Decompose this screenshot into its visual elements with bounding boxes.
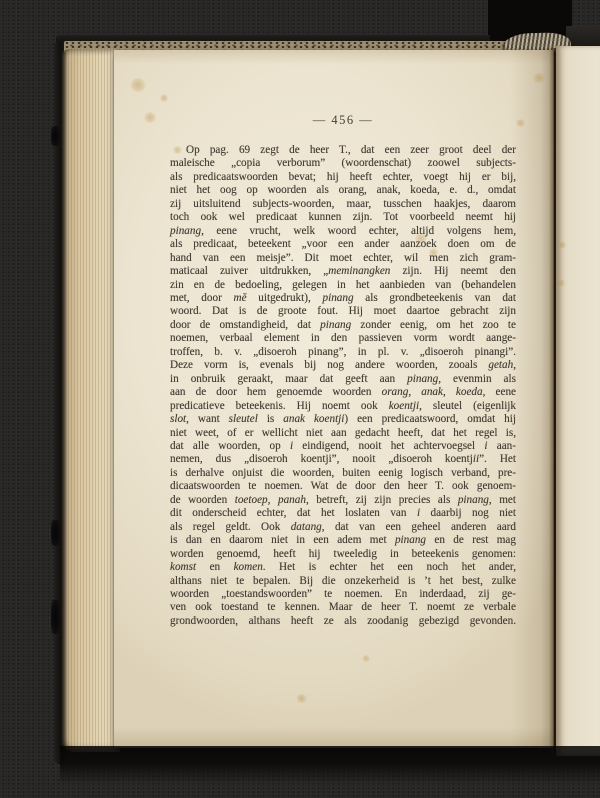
- text-line: predicatieve beteekenis. Hij noemt ook k…: [170, 400, 516, 413]
- text-line: niet weet, of er wellicht niet aan gedac…: [170, 427, 516, 440]
- page-number: — 456 —: [170, 113, 516, 128]
- italic-term: mĕ: [234, 292, 247, 304]
- italic-term: getah: [488, 359, 513, 371]
- text-line: is derhalve onjuist die woorden, buiten …: [170, 467, 516, 480]
- italic-term: sleutel: [229, 413, 258, 425]
- italic-term: pinang: [395, 534, 426, 546]
- foxing-spot: [557, 279, 565, 287]
- page-stack-fore-edge: [62, 49, 120, 752]
- foxing-spot: [516, 119, 525, 127]
- cover-wear-mark: [51, 600, 60, 634]
- text-segment: met, door: [170, 292, 234, 304]
- page-bottom-shadow: [60, 746, 600, 784]
- text-line: woorden „toestandswoorden” te noemen. En…: [170, 588, 516, 601]
- text-segment: , sleutel (eigenlijk: [419, 400, 516, 412]
- italic-term: koeda: [456, 386, 483, 398]
- text-segment: niet het oog op woorden als orang, anak,…: [170, 184, 516, 196]
- text-segment: uitgedrukt),: [247, 292, 323, 304]
- text-segment: woord. Dat is de groote fout. Hij moet d…: [170, 305, 516, 317]
- italic-term: datang: [291, 521, 322, 533]
- text-segment: ”. Het: [479, 453, 516, 465]
- text-segment: als grondbeteekenis van dat: [354, 292, 516, 304]
- text-segment: woorden „toestandswoorden” te noemen. En…: [170, 588, 516, 600]
- text-segment: , met: [489, 494, 516, 506]
- facing-page-edge: [556, 46, 600, 756]
- text-line: althans niet te bepalen. Bij die onzeker…: [170, 575, 516, 588]
- text-segment: zij uitsluitend subjects-woorden, maar, …: [170, 198, 516, 210]
- text-segment: , dat van een geheel anderen aard: [322, 521, 516, 533]
- text-line: zin en de bedoeling, gelegen in het aanb…: [170, 279, 516, 292]
- italic-term: pinang: [170, 225, 201, 237]
- text-line: dat alle woorden, op i eindigend, nooit …: [170, 440, 516, 453]
- text-line: als regel geldt. Ook datang, dat van een…: [170, 521, 516, 534]
- text-line: zij uitsluitend subjects-woorden, maar, …: [170, 198, 516, 211]
- text-line: aan de door hem genoemde woorden orang, …: [170, 386, 516, 399]
- italic-term: toetoep: [235, 494, 268, 506]
- text-line: maleische „copia verborum” (woordenschat…: [170, 157, 516, 170]
- text-segment: ,: [443, 386, 456, 398]
- text-line: de woorden toetoep, panah, betreft, zij …: [170, 494, 516, 507]
- text-segment: ,: [268, 494, 278, 506]
- text-segment: daarbij nog niet: [420, 507, 516, 519]
- foxing-spot: [362, 655, 370, 662]
- foxing-spot: [130, 78, 146, 92]
- text-segment: worden genoemd, heeft hij tweeledig in b…: [170, 548, 516, 560]
- text-segment: aan-: [488, 440, 517, 452]
- text-line: als predicaat, beteekent „voor een ander…: [170, 238, 516, 251]
- foxing-spot: [296, 694, 307, 703]
- foxing-spot: [533, 73, 545, 83]
- text-segment: in onbruik geraakt, maar dat geeft aan: [170, 373, 407, 385]
- text-segment: troffen, b. v. „disoeroh pinang”, in pl.…: [170, 346, 516, 358]
- text-segment: door de omstandigheid, dat: [170, 319, 320, 331]
- text-line: slot, want sleutel is anak koentji) een …: [170, 413, 516, 426]
- italic-term: slot: [170, 413, 186, 425]
- text-segment: is dan en daarom niet in een adem met: [170, 534, 395, 546]
- text-segment: . Het is echter het een noch het ander,: [263, 561, 516, 573]
- text-line: nemen, dus „disoeroh koentji”, nooit „di…: [170, 453, 516, 466]
- text-segment: als predicaat, beteekent „voor een ander…: [170, 238, 516, 250]
- text-line: toch ook wel predicaat kunnen zijn. Tot …: [170, 211, 516, 224]
- cover-wear-mark: [51, 126, 60, 146]
- text-segment: zin en de bedoeling, gelegen in het aanb…: [170, 279, 516, 291]
- text-line: door de omstandigheid, dat pinang zonder…: [170, 319, 516, 332]
- italic-term: pinang: [323, 292, 354, 304]
- text-line: dit onderscheid echter, dat het loslaten…: [170, 507, 516, 520]
- text-block: Op pag. 69 zegt de heer T., dat een zeer…: [170, 144, 516, 628]
- text-segment: dat alle woorden, op: [170, 440, 290, 452]
- text-segment: nemen, dus „disoeroh koentji”, nooit „di…: [170, 453, 473, 465]
- text-segment: , eene vrucht, welk woord echter, altijd…: [201, 225, 516, 237]
- text-line: is dan en daarom niet in een adem met pi…: [170, 534, 516, 547]
- text-segment: , want: [186, 413, 228, 425]
- italic-term: pinang: [458, 494, 489, 506]
- text-segment: grondwoorden, althans heeft ze als zooda…: [170, 615, 516, 627]
- text-line: worden genoemd, heeft hij tweeledig in b…: [170, 548, 516, 561]
- text-segment: , eene: [483, 386, 516, 398]
- text-line: niet het oog op woorden als orang, anak,…: [170, 184, 516, 197]
- text-segment: maleische „copia verborum” (woordenschat…: [170, 157, 516, 169]
- text-segment: is: [258, 413, 283, 425]
- text-line: in onbruik geraakt, maar dat geeft aan p…: [170, 373, 516, 386]
- text-line: dicaatswoorden te noemen. Wat de door de…: [170, 480, 516, 493]
- text-segment: althans niet te bepalen. Bij die onzeker…: [170, 575, 516, 587]
- text-segment: als predicaatswoorden bevat; hij heeft e…: [170, 171, 516, 183]
- text-segment: ,: [408, 386, 421, 398]
- text-segment: de woorden: [170, 494, 235, 506]
- book-scene: — 456 — Op pag. 69 zegt de heer T., dat …: [0, 0, 600, 798]
- foxing-spot: [144, 112, 156, 123]
- text-segment: ven ook toestand te kennen. Maar de heer…: [170, 601, 516, 613]
- text-segment: niet weet, of er wellicht niet aan gedac…: [170, 427, 516, 439]
- cover-wear-mark: [51, 520, 60, 546]
- text-segment: dit onderscheid echter, dat het loslaten…: [170, 507, 417, 519]
- text-segment: en de rest mag: [426, 534, 516, 546]
- text-segment: als regel geldt. Ook: [170, 521, 291, 533]
- text-line: hand van een meisje”. Dit moet echter, w…: [170, 252, 516, 265]
- text-segment: eindigend, nooit het achtervoegsel: [293, 440, 484, 452]
- text-segment: , evenmin als: [438, 373, 516, 385]
- text-segment: Op pag. 69 zegt de heer T., dat een zeer…: [186, 144, 516, 156]
- text-segment: toch ook wel predicaat kunnen zijn. Tot …: [170, 211, 516, 223]
- text-segment: en: [196, 561, 233, 573]
- italic-term: meminangken: [328, 265, 390, 277]
- text-segment: , betreft, zij zijn precies als: [306, 494, 458, 506]
- text-line: ven ook toestand te kennen. Maar de heer…: [170, 601, 516, 614]
- text-line: noemen, verbaal element in den passieven…: [170, 332, 516, 345]
- text-line: troffen, b. v. „disoeroh pinang”, in pl.…: [170, 346, 516, 359]
- text-segment: Deze vorm is, evenals bij nog andere woo…: [170, 359, 488, 371]
- text-segment: hand van een meisje”. Dit moet echter, w…: [170, 252, 516, 264]
- italic-term: komen: [234, 561, 263, 573]
- text-line: woord. Dat is de groote fout. Hij moet d…: [170, 305, 516, 318]
- text-segment: zonder eenig, om het zoo te: [351, 319, 516, 331]
- text-line: pinang, eene vrucht, welk woord echter, …: [170, 225, 516, 238]
- italic-term: pinang: [320, 319, 351, 331]
- italic-term: anak koentji: [283, 413, 344, 425]
- text-segment: is derhalve onjuist die woorden, buiten …: [170, 467, 516, 479]
- italic-term: komst: [170, 561, 196, 573]
- text-line: Deze vorm is, evenals bij nog andere woo…: [170, 359, 516, 372]
- foxing-spot: [160, 94, 168, 102]
- italic-term: koentji: [389, 400, 419, 412]
- text-line: grondwoorden, althans heeft ze als zooda…: [170, 615, 516, 628]
- text-segment: dicaatswoorden te noemen. Wat de door de…: [170, 480, 516, 492]
- foxing-spot: [558, 241, 566, 249]
- text-line: maticaal zuiver uitdrukken, „meminangken…: [170, 265, 516, 278]
- text-segment: ) een predicaatswoord, omdat hij: [344, 413, 516, 425]
- text-line: als predicaatswoorden bevat; hij heeft e…: [170, 171, 516, 184]
- text-segment: maticaal zuiver uitdrukken, „: [170, 265, 328, 277]
- text-line: Op pag. 69 zegt de heer T., dat een zeer…: [170, 144, 516, 157]
- italic-term: anak: [421, 386, 443, 398]
- text-segment: zijn. Hij neemt den: [390, 265, 516, 277]
- italic-term: panah: [278, 494, 306, 506]
- text-segment: predicatieve beteekenis. Hij noemt ook: [170, 400, 389, 412]
- text-line: met, door mĕ uitgedrukt), pinang als gro…: [170, 292, 516, 305]
- text-line: komst en komen. Het is echter het een no…: [170, 561, 516, 574]
- italic-term: orang: [382, 386, 409, 398]
- text-segment: aan de door hem genoemde woorden: [170, 386, 382, 398]
- text-segment: ,: [513, 359, 516, 371]
- italic-term: pinang: [407, 373, 438, 385]
- text-segment: noemen, verbaal element in den passieven…: [170, 332, 516, 344]
